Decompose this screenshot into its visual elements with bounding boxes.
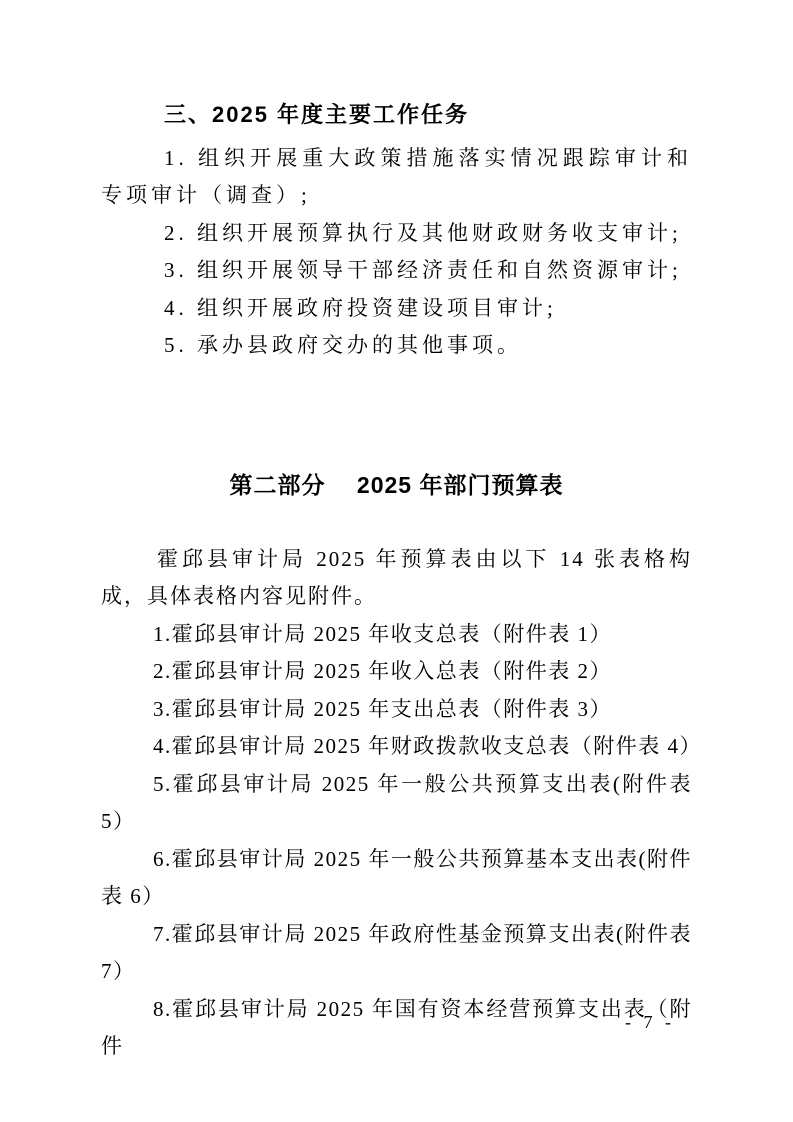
task-item-1: 1. 组织开展重大政策措施落实情况跟踪审计和专项审计（调查）; — [101, 140, 692, 215]
budget-table-item-5: 5.霍邱县审计局 2025 年一般公共预算支出表(附件表 5） — [101, 766, 692, 841]
budget-table-item-2: 2.霍邱县审计局 2025 年收入总表（附件表 2） — [101, 653, 692, 691]
task-item-4: 4. 组织开展政府投资建设项目审计; — [101, 290, 692, 328]
document-page: 三、2025 年度主要工作任务 1. 组织开展重大政策措施落实情况跟踪审计和专项… — [0, 0, 793, 1122]
section-work-tasks: 三、2025 年度主要工作任务 1. 组织开展重大政策措施落实情况跟踪审计和专项… — [101, 96, 692, 365]
budget-table-item-3: 3.霍邱县审计局 2025 年支出总表（附件表 3） — [101, 691, 692, 729]
task-item-5: 5. 承办县政府交办的其他事项。 — [101, 327, 692, 365]
task-item-3: 3. 组织开展领导干部经济责任和自然资源审计; — [101, 252, 692, 290]
budget-table-item-1: 1.霍邱县审计局 2025 年收支总表（附件表 1） — [101, 616, 692, 654]
budget-table-item-4: 4.霍邱县审计局 2025 年财政拨款收支总表（附件表 4） — [101, 728, 692, 766]
part-two-heading: 第二部分 2025 年部门预算表 — [0, 465, 793, 505]
task-item-2: 2. 组织开展预算执行及其他财政财务收支审计; — [101, 215, 692, 253]
budget-tables-intro: 霍邱县审计局 2025 年预算表由以下 14 张表格构成，具体表格内容见附件。 — [101, 541, 692, 616]
budget-table-item-6: 6.霍邱县审计局 2025 年一般公共预算基本支出表(附件表 6） — [101, 841, 692, 916]
work-tasks-heading: 三、2025 年度主要工作任务 — [101, 96, 692, 134]
section-budget-tables: 霍邱县审计局 2025 年预算表由以下 14 张表格构成，具体表格内容见附件。 … — [101, 541, 692, 1066]
page-number: - 7 - — [625, 1012, 675, 1033]
budget-table-item-7: 7.霍邱县审计局 2025 年政府性基金预算支出表(附件表 7） — [101, 916, 692, 991]
budget-table-item-8: 8.霍邱县审计局 2025 年国有资本经营预算支出表（附件 — [101, 991, 692, 1066]
